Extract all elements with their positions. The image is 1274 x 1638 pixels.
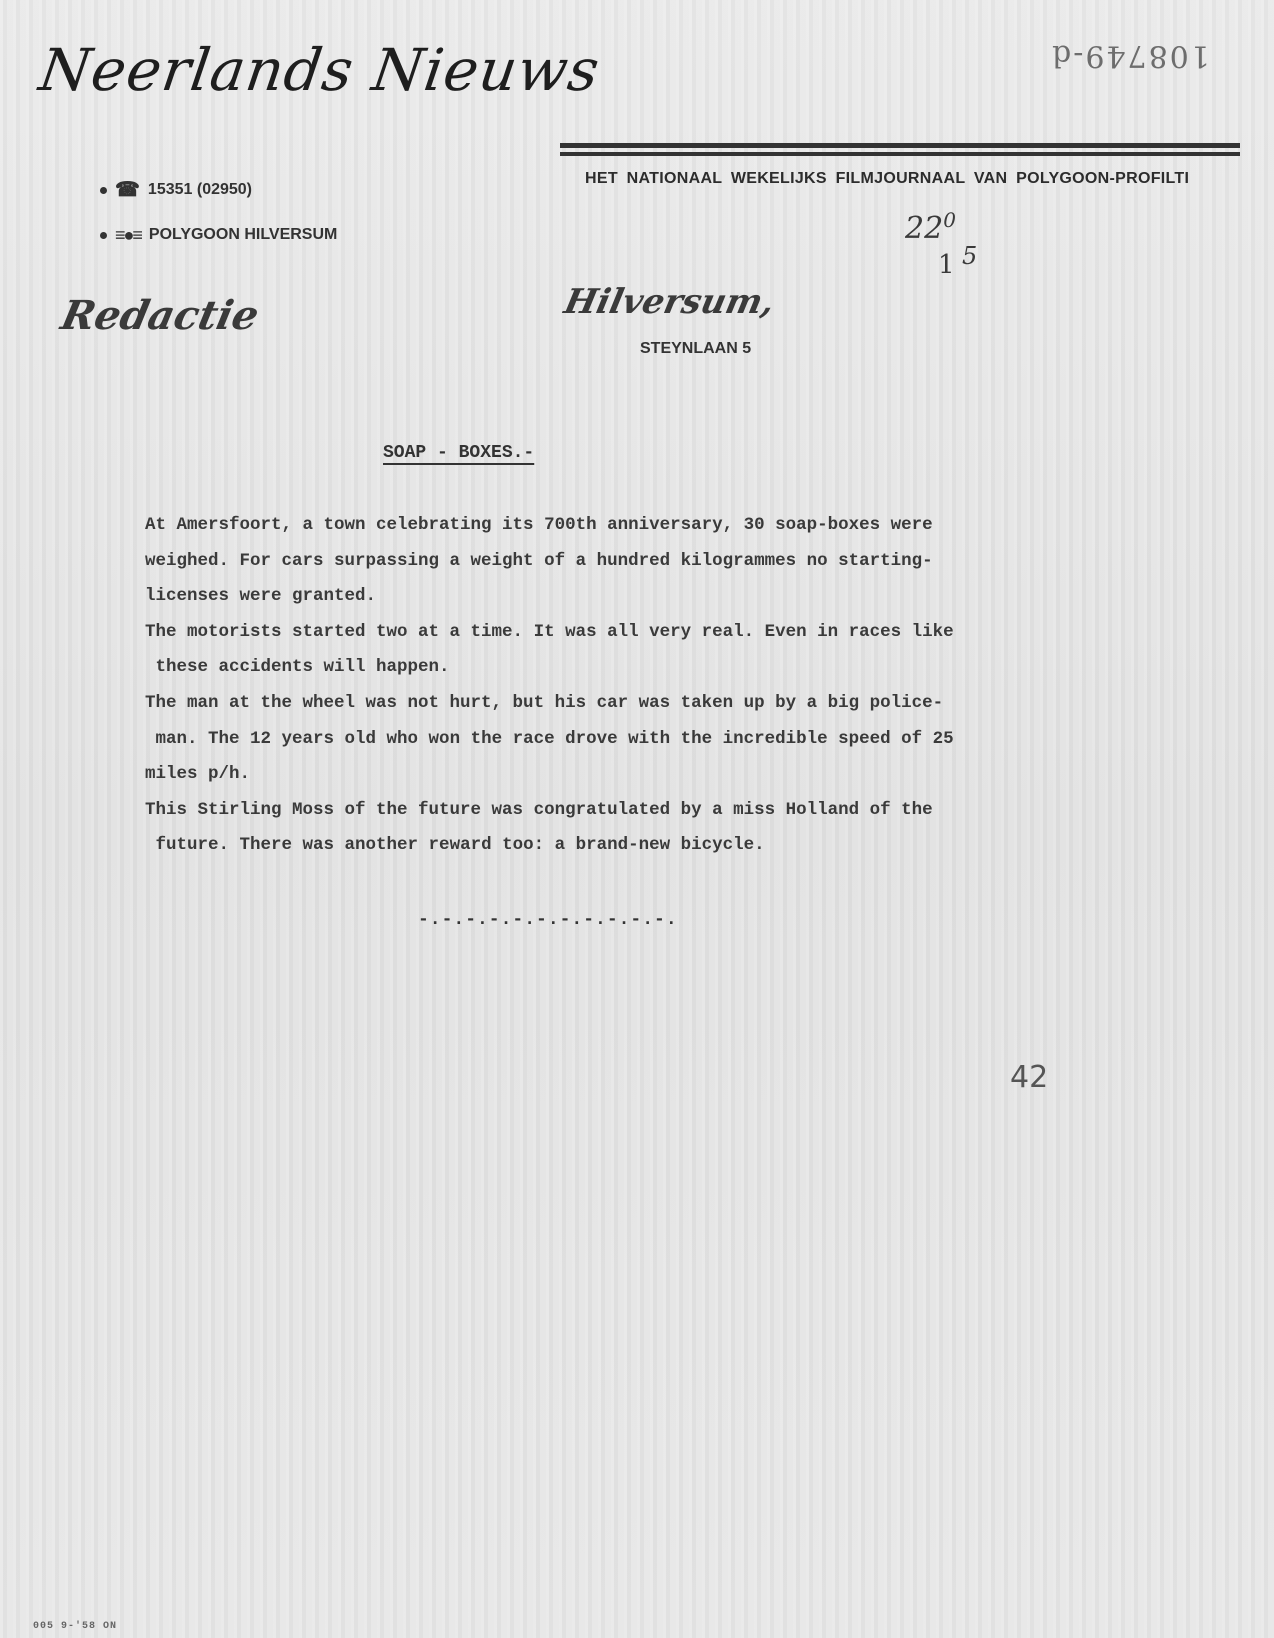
page-number: 42 [1010, 1060, 1048, 1095]
phone-number: 15351 (02950) [148, 181, 252, 199]
phone-contact: ☎ 15351 (02950) [100, 180, 252, 200]
body-line: This Stirling Moss of the future was con… [145, 793, 1105, 829]
header-rule-bottom [560, 152, 1240, 156]
end-separator: -.-.-.-.-.-.-.-.-.-.-. [418, 910, 678, 930]
document-title: SOAP - BOXES.- [383, 443, 534, 463]
newsreel-logo: Neerlands Nieuws [35, 36, 604, 104]
handwritten-date-main: 22 [905, 211, 943, 246]
handwritten-date: 220 [905, 208, 956, 246]
body-line: At Amersfoort, a town celebrating its 70… [145, 508, 1105, 544]
body-line: man. The 12 years old who won the race d… [145, 722, 1105, 758]
handwritten-date-sup: 0 [943, 208, 956, 232]
bullet-icon [100, 187, 107, 194]
bullet-icon [100, 232, 107, 239]
print-code: 005 9-'58 ON [33, 1621, 117, 1632]
telegraph-contact: ≡●≡ POLYGOON HILVERSUM [100, 226, 337, 244]
department-label: Redactie [57, 292, 263, 339]
body-line: licenses were granted. [145, 579, 1105, 615]
telephone-icon: ☎ [115, 180, 140, 200]
telegraph-address: POLYGOON HILVERSUM [149, 226, 337, 244]
telegraph-icon: ≡●≡ [115, 226, 141, 244]
body-line: The man at the wheel was not hurt, but h… [145, 686, 1105, 722]
body-line: weighed. For cars surpassing a weight of… [145, 544, 1105, 580]
body-line: The motorists started two at a time. It … [145, 615, 1105, 651]
letterhead-tagline: HET NATIONAAL WEKELIJKS FILMJOURNAAL VAN… [585, 170, 1189, 188]
handwritten-date-sub: 1 [938, 250, 955, 280]
handwritten-date-side: 5 [962, 242, 977, 270]
document-body: At Amersfoort, a town celebrating its 70… [145, 508, 1105, 864]
body-line: miles p/h. [145, 757, 1105, 793]
city-label: Hilversum, [561, 282, 778, 322]
body-line: these accidents will happen. [145, 650, 1105, 686]
street-address: STEYNLAAN 5 [640, 340, 751, 358]
header-rule-top [560, 143, 1240, 148]
archive-number: 108749-d [1050, 38, 1210, 73]
body-line: future. There was another reward too: a … [145, 828, 1105, 864]
